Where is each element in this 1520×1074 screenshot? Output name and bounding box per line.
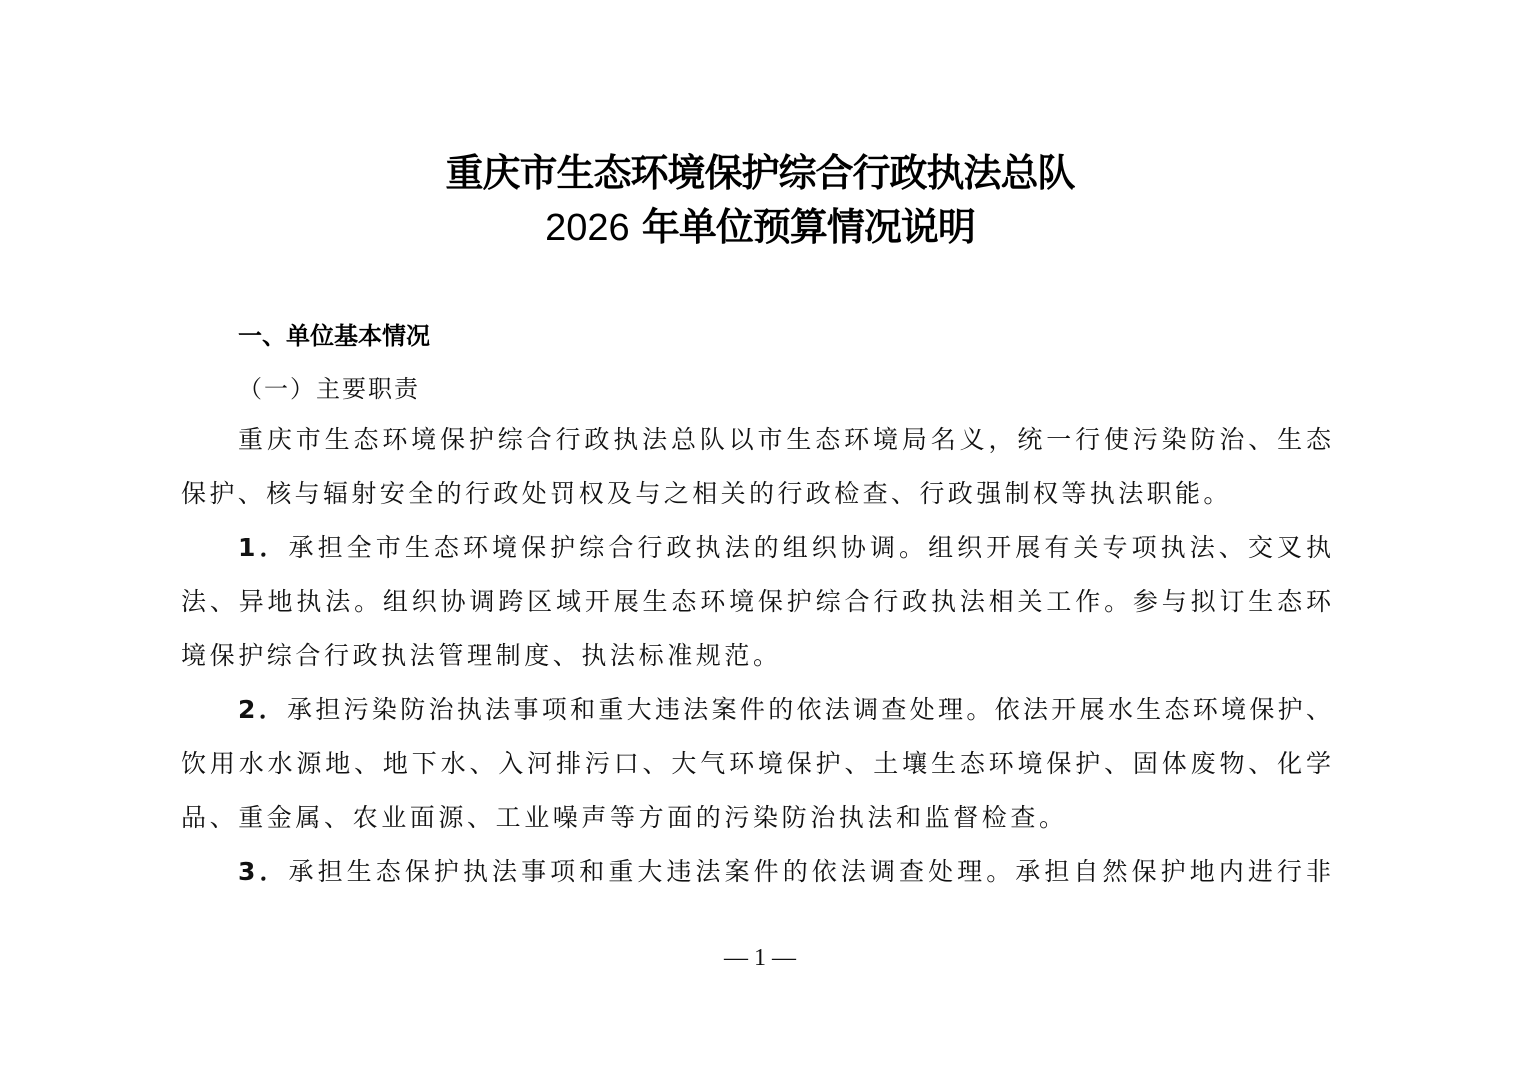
paragraph-line: 3．承担生态保护执法事项和重大违法案件的依法调查处理。承担自然保护地内进行非 — [238, 854, 1331, 890]
title-year: 2026 — [545, 207, 630, 249]
item-number: 2． — [238, 695, 287, 724]
item-number: 1． — [238, 533, 289, 562]
document-title-line2: 2026 年单位预算情况说明 — [0, 204, 1520, 251]
paragraph-line: 重庆市生态环境保护综合行政执法总队以市生态环境局名义，统一行使污染防治、生态 — [238, 422, 1331, 458]
page-number: — 1 — — [0, 942, 1520, 974]
paragraph-line: 法、异地执法。组织协调跨区域开展生态环境保护综合行政执法相关工作。参与拟订生态环 — [181, 584, 1331, 620]
paragraph-line: 饮用水水源地、地下水、入河排污口、大气环境保护、土壤生态环境保护、固体废物、化学 — [181, 746, 1331, 782]
paragraph-line: 保护、核与辐射安全的行政处罚权及与之相关的行政检查、行政强制权等执法职能。 — [181, 476, 1331, 512]
section-heading-basic-info: 一、单位基本情况 — [238, 318, 430, 354]
paragraph-line: 2．承担污染防治执法事项和重大违法案件的依法调查处理。依法开展水生态环境保护、 — [238, 692, 1331, 728]
paragraph-line: 1．承担全市生态环境保护综合行政执法的组织协调。组织开展有关专项执法、交叉执 — [238, 530, 1331, 566]
paragraph-line: 境保护综合行政执法管理制度、执法标准规范。 — [181, 638, 1331, 674]
document-page: 重庆市生态环境保护综合行政执法总队 2026 年单位预算情况说明 一、单位基本情… — [0, 0, 1520, 1074]
subsection-heading-main-duties: （一）主要职责 — [238, 371, 420, 407]
document-title-line1: 重庆市生态环境保护综合行政执法总队 — [0, 150, 1520, 196]
title-rest: 年单位预算情况说明 — [630, 204, 975, 249]
item-number: 3． — [238, 857, 289, 886]
paragraph-line: 品、重金属、农业面源、工业噪声等方面的污染防治执法和监督检查。 — [181, 800, 1331, 836]
